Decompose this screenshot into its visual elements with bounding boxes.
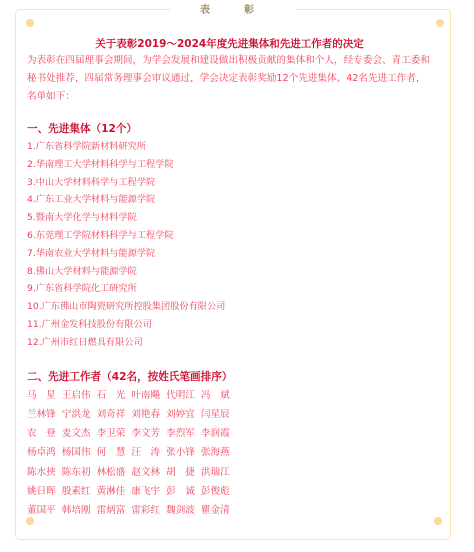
- name-row: 姚日晖殷素红黄淋佳康飞宇彭 诚彭俊彪: [27, 482, 432, 501]
- worker-name: 麦文杰: [62, 424, 91, 443]
- list-item: 8.佛山大学材料与能源学院: [27, 263, 432, 281]
- list-item: 3.中山大学材料科学与工程学院: [27, 174, 432, 192]
- worker-name: 冯 斌: [201, 386, 230, 405]
- worker-name: 王启伟: [62, 386, 91, 405]
- worker-name: 姚日晖: [27, 482, 56, 501]
- worker-name: 张海燕: [201, 443, 230, 462]
- worker-name: 李润霞: [201, 424, 230, 443]
- worker-name: 马 星: [27, 386, 56, 405]
- list-item: 2.华南理工大学材料科学与工程学院: [27, 156, 432, 174]
- worker-name: 刘婷宜: [166, 405, 195, 424]
- worker-name: 韩培刚: [62, 501, 91, 520]
- worker-name: 何 慧: [97, 443, 126, 462]
- worker-name: 李卫荣: [97, 424, 126, 443]
- worker-name: 林松盛: [97, 463, 126, 482]
- name-row: 陈水挟陈东初林松盛赵文林胡 捷洪瑞江: [27, 463, 432, 482]
- list-item: 1.广东省科学院新材料研究所: [27, 138, 432, 156]
- worker-name: 李文芳: [131, 424, 160, 443]
- intro-paragraph: 为表彰在四届理事会期间，为学会发展和建设做出积极贡献的集体和个人，经专委会、青工…: [27, 52, 432, 106]
- worker-name: 代明江: [166, 386, 195, 405]
- worker-name: 瞿金清: [201, 501, 230, 520]
- section-heading-workers: 二、先进工作者（42名，按姓氏笔画排序）: [27, 368, 432, 386]
- worker-name: 胡 捷: [166, 463, 195, 482]
- worker-name: 魏剑波: [166, 501, 195, 520]
- worker-name: 刘艳春: [131, 405, 160, 424]
- list-item: 11.广州金发科技股份有限公司: [27, 316, 432, 334]
- worker-name: 彭俊彪: [201, 482, 230, 501]
- worker-name: 杨国伟: [62, 443, 91, 462]
- document-title: 关于表彰2019～2024年度先进集体和先进工作者的决定: [27, 36, 432, 52]
- worker-name: 张小锋: [166, 443, 195, 462]
- worker-name: 黄淋佳: [97, 482, 126, 501]
- list-item: 7.华南农业大学材料与能源学院: [27, 245, 432, 263]
- worker-name: 雷彩红: [131, 501, 160, 520]
- worker-name: 农 登: [27, 424, 56, 443]
- list-item: 10.广东佛山市陶瓷研究所控股集团股份有限公司: [27, 298, 432, 316]
- worker-name: 石 光: [97, 386, 126, 405]
- worker-name: 刘奇祥: [97, 405, 126, 424]
- corner-dot-top-right: [436, 19, 444, 27]
- worker-name: 赵文林: [131, 463, 160, 482]
- worker-name: 董国平: [27, 501, 56, 520]
- worker-name: 杨卓鸿: [27, 443, 56, 462]
- list-item: 5.暨南大学化学与材料学院: [27, 209, 432, 227]
- corner-dot-bottom-right: [434, 517, 442, 525]
- name-row: 农 登麦文杰李卫荣李文芳李烈军李润霞: [27, 424, 432, 443]
- frame-title: 表 彰: [170, 4, 296, 18]
- list-item: 9.广东省科学院化工研究所: [27, 280, 432, 298]
- name-row: 董国平韩培刚雷炳富雷彩红魏剑波瞿金清: [27, 501, 432, 520]
- list-item: 4.广东工业大学材料与能源学院: [27, 191, 432, 209]
- worker-name: 殷素红: [62, 482, 91, 501]
- name-row: 马 星王启伟石 光叶南飚代明江冯 斌: [27, 386, 432, 405]
- worker-name: 叶南飚: [131, 386, 160, 405]
- collectives-list: 1.广东省科学院新材料研究所 2.华南理工大学材料科学与工程学院 3.中山大学材…: [27, 138, 432, 352]
- worker-name: 宁洪龙: [62, 405, 91, 424]
- workers-list: 马 星王启伟石 光叶南飚代明江冯 斌 兰林锋宁洪龙刘奇祥刘艳春刘婷宜闫星辰 农 …: [27, 386, 432, 521]
- corner-dot-top-left: [26, 19, 34, 27]
- worker-name: 洪瑞江: [201, 463, 230, 482]
- worker-name: 陈东初: [62, 463, 91, 482]
- worker-name: 闫星辰: [201, 405, 230, 424]
- worker-name: 汪 涛: [131, 443, 160, 462]
- list-item: 12.广州市红日燃具有限公司: [27, 334, 432, 352]
- worker-name: 彭 诚: [166, 482, 195, 501]
- name-row: 兰林锋宁洪龙刘奇祥刘艳春刘婷宜闫星辰: [27, 405, 432, 424]
- document-content: 关于表彰2019～2024年度先进集体和先进工作者的决定 为表彰在四届理事会期间…: [27, 36, 432, 521]
- section-heading-collectives: 一、先进集体（12个）: [27, 120, 432, 138]
- worker-name: 陈水挟: [27, 463, 56, 482]
- list-item: 6.东莞理工学院材料科学与工程学院: [27, 227, 432, 245]
- worker-name: 雷炳富: [97, 501, 126, 520]
- worker-name: 康飞宇: [131, 482, 160, 501]
- name-row: 杨卓鸿杨国伟何 慧汪 涛张小锋张海燕: [27, 443, 432, 462]
- worker-name: 李烈军: [166, 424, 195, 443]
- worker-name: 兰林锋: [27, 405, 56, 424]
